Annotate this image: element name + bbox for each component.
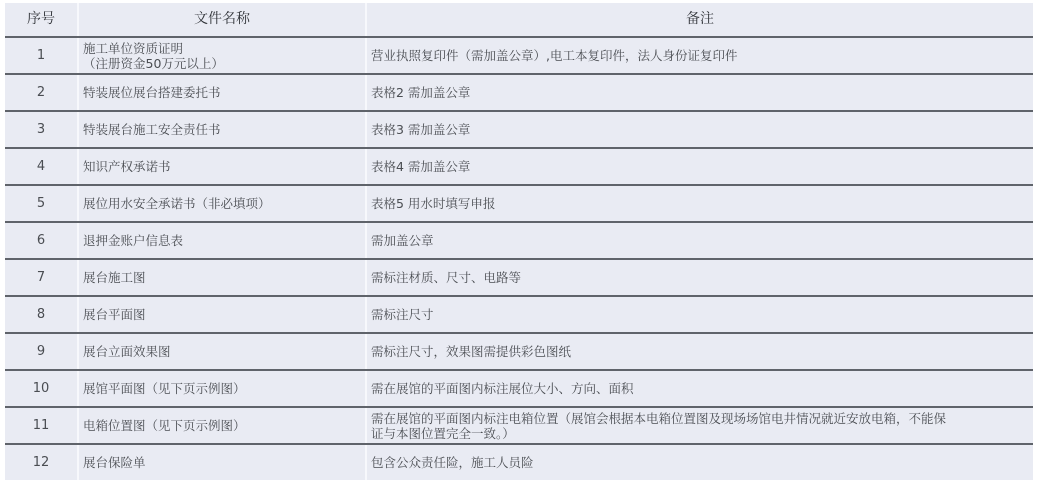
- document-name-line: 展台平面图: [83, 307, 361, 322]
- row-document-name: 知识产权承诺书: [78, 148, 366, 185]
- row-remarks: 需标注材质、尺寸、电路等: [366, 259, 1033, 296]
- table-row: 3 特装展台施工安全责任书 表格3 需加盖公章: [5, 111, 1033, 148]
- remarks-line: 需标注尺寸: [371, 307, 1029, 322]
- table-row: 10 展馆平面图（见下页示例图） 需在展馆的平面图内标注展位大小、方向、面积: [5, 370, 1033, 407]
- row-number: 10: [5, 370, 78, 407]
- document-name-line: 电箱位置图（见下页示例图）: [83, 418, 361, 433]
- row-remarks: 营业执照复印件（需加盖公章）,电工本复印件，法人身份证复印件: [366, 37, 1033, 74]
- document-name-line: 展位用水安全承诺书（非必填项）: [83, 196, 361, 211]
- table-row: 9 展台立面效果图 需标注尺寸，效果图需提供彩色图纸: [5, 333, 1033, 370]
- remarks-line: 表格4 需加盖公章: [371, 159, 1029, 174]
- row-document-name: 展馆平面图（见下页示例图）: [78, 370, 366, 407]
- remarks-line: 营业执照复印件（需加盖公章）,电工本复印件，法人身份证复印件: [371, 48, 1029, 63]
- document-name-line: 退押金账户信息表: [83, 233, 361, 248]
- table-row: 1 施工单位资质证明 （注册资金50万元以上） 营业执照复印件（需加盖公章）,电…: [5, 37, 1033, 74]
- row-remarks: 表格5 用水时填写申报: [366, 185, 1033, 222]
- table-row: 11 电箱位置图（见下页示例图） 需在展馆的平面图内标注电箱位置（展馆会根据本电…: [5, 407, 1033, 444]
- row-number: 5: [5, 185, 78, 222]
- row-number: 6: [5, 222, 78, 259]
- table-header-row: 序号 文件名称 备注: [5, 3, 1033, 37]
- row-document-name: 展位用水安全承诺书（非必填项）: [78, 185, 366, 222]
- row-document-name: 展台施工图: [78, 259, 366, 296]
- row-number: 1: [5, 37, 78, 74]
- document-name-line: 展台立面效果图: [83, 344, 361, 359]
- document-name-line: 特装展位展台搭建委托书: [83, 85, 361, 100]
- table-row: 2 特装展位展台搭建委托书 表格2 需加盖公章: [5, 74, 1033, 111]
- row-number: 2: [5, 74, 78, 111]
- row-document-name: 退押金账户信息表: [78, 222, 366, 259]
- row-remarks: 表格4 需加盖公章: [366, 148, 1033, 185]
- remarks-line: 表格5 用水时填写申报: [371, 196, 1029, 211]
- row-document-name: 施工单位资质证明 （注册资金50万元以上）: [78, 37, 366, 74]
- row-document-name: 展台立面效果图: [78, 333, 366, 370]
- required-documents-table: 序号 文件名称 备注 1 施工单位资质证明 （注册资金50万元以上） 营业执照复…: [5, 3, 1033, 480]
- row-number: 12: [5, 444, 78, 480]
- document-table-container: 序号 文件名称 备注 1 施工单位资质证明 （注册资金50万元以上） 营业执照复…: [5, 3, 1033, 480]
- row-remarks: 需在展馆的平面图内标注展位大小、方向、面积: [366, 370, 1033, 407]
- row-remarks: 表格2 需加盖公章: [366, 74, 1033, 111]
- row-document-name: 展台保险单: [78, 444, 366, 480]
- header-remarks: 备注: [366, 3, 1033, 37]
- row-remarks: 需标注尺寸: [366, 296, 1033, 333]
- header-document-name: 文件名称: [78, 3, 366, 37]
- row-remarks: 表格3 需加盖公章: [366, 111, 1033, 148]
- header-number: 序号: [5, 3, 78, 37]
- row-number: 11: [5, 407, 78, 444]
- remarks-line: 表格2 需加盖公章: [371, 85, 1029, 100]
- table-row: 6 退押金账户信息表 需加盖公章: [5, 222, 1033, 259]
- row-number: 7: [5, 259, 78, 296]
- document-name-subline: （注册资金50万元以上）: [83, 56, 361, 71]
- row-remarks: 需标注尺寸，效果图需提供彩色图纸: [366, 333, 1033, 370]
- remarks-subline: 证与本图位置完全一致。）: [371, 426, 1029, 441]
- row-number: 4: [5, 148, 78, 185]
- remarks-line: 需标注材质、尺寸、电路等: [371, 270, 1029, 285]
- document-name-line: 展馆平面图（见下页示例图）: [83, 381, 361, 396]
- row-remarks: 需在展馆的平面图内标注电箱位置（展馆会根据本电箱位置图及现场场馆电井情况就近安放…: [366, 407, 1033, 444]
- row-number: 3: [5, 111, 78, 148]
- table-row: 8 展台平面图 需标注尺寸: [5, 296, 1033, 333]
- row-remarks: 包含公众责任险，施工人员险: [366, 444, 1033, 480]
- table-row: 12 展台保险单 包含公众责任险，施工人员险: [5, 444, 1033, 480]
- remarks-line: 需标注尺寸，效果图需提供彩色图纸: [371, 344, 1029, 359]
- remarks-line: 需在展馆的平面图内标注电箱位置（展馆会根据本电箱位置图及现场场馆电井情况就近安放…: [371, 411, 1029, 426]
- document-name-line: 知识产权承诺书: [83, 159, 361, 174]
- document-name-line: 展台保险单: [83, 455, 361, 470]
- remarks-line: 需加盖公章: [371, 233, 1029, 248]
- table-row: 4 知识产权承诺书 表格4 需加盖公章: [5, 148, 1033, 185]
- document-name-line: 施工单位资质证明: [83, 41, 361, 56]
- remarks-line: 需在展馆的平面图内标注展位大小、方向、面积: [371, 381, 1029, 396]
- row-number: 8: [5, 296, 78, 333]
- document-name-line: 特装展台施工安全责任书: [83, 122, 361, 137]
- table-row: 5 展位用水安全承诺书（非必填项） 表格5 用水时填写申报: [5, 185, 1033, 222]
- remarks-line: 表格3 需加盖公章: [371, 122, 1029, 137]
- remarks-line: 包含公众责任险，施工人员险: [371, 455, 1029, 470]
- row-document-name: 展台平面图: [78, 296, 366, 333]
- row-number: 9: [5, 333, 78, 370]
- row-document-name: 特装展台施工安全责任书: [78, 111, 366, 148]
- row-document-name: 电箱位置图（见下页示例图）: [78, 407, 366, 444]
- row-document-name: 特装展位展台搭建委托书: [78, 74, 366, 111]
- table-row: 7 展台施工图 需标注材质、尺寸、电路等: [5, 259, 1033, 296]
- document-name-line: 展台施工图: [83, 270, 361, 285]
- row-remarks: 需加盖公章: [366, 222, 1033, 259]
